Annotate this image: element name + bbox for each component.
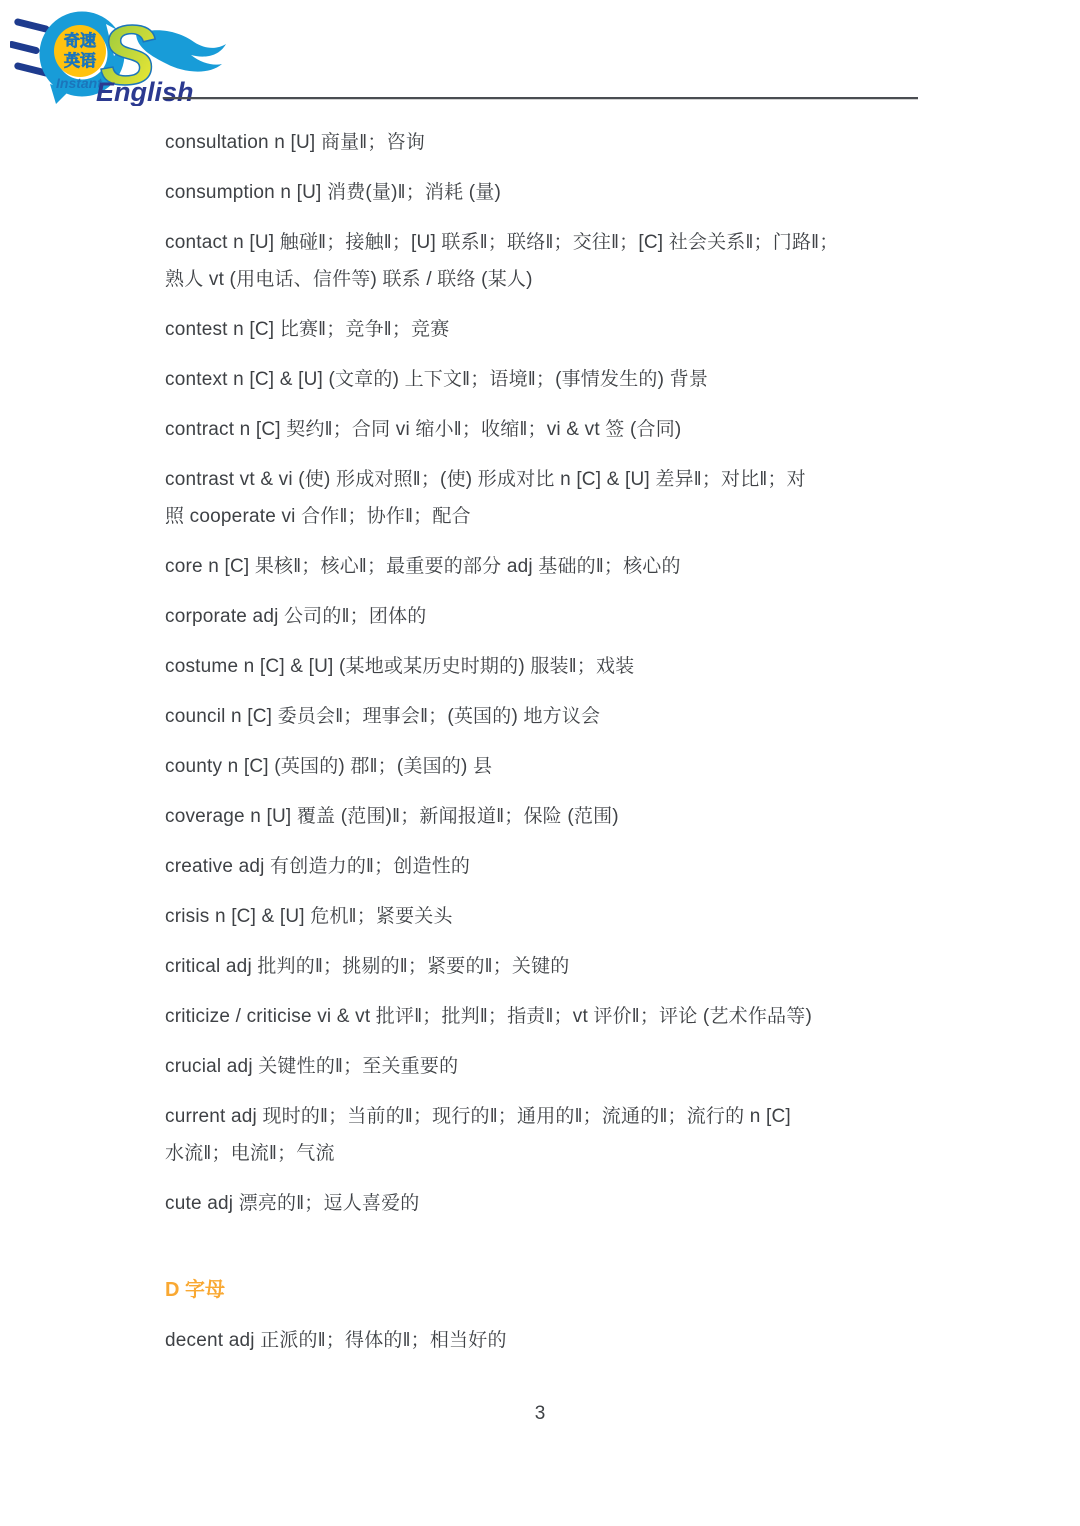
vocab-entry-current: current adj 现时的‖；当前的‖；现行的‖；通用的‖；流通的‖；流行的… bbox=[165, 1098, 921, 1172]
vocab-entry-corporate: corporate adj 公司的‖；团体的 bbox=[165, 598, 921, 635]
vocab-entry-crucial: crucial adj 关键性的‖；至关重要的 bbox=[165, 1048, 921, 1085]
entry-line: core n [C] 果核‖；核心‖；最重要的部分 adj 基础的‖；核心的 bbox=[165, 548, 921, 585]
vocab-entry-cute: cute adj 漂亮的‖；逗人喜爱的 bbox=[165, 1185, 921, 1222]
vocab-entry-council: council n [C] 委员会‖；理事会‖；(英国的) 地方议会 bbox=[165, 698, 921, 735]
logo-graphic: 奇速 英语 S Instant English bbox=[10, 4, 230, 106]
vocab-list: consultation n [U] 商量‖；咨询 consumption n … bbox=[165, 124, 921, 1372]
page-number: 3 bbox=[0, 1403, 1080, 1425]
vocab-entry-contrast: contrast vt & vi (使) 形成对照‖；(使) 形成对比 n [C… bbox=[165, 461, 921, 535]
entry-line: consultation n [U] 商量‖；咨询 bbox=[165, 124, 921, 161]
entry-line: costume n [C] & [U] (某地或某历史时期的) 服装‖；戏装 bbox=[165, 648, 921, 685]
entry-line: creative adj 有创造力的‖；创造性的 bbox=[165, 848, 921, 885]
vocab-entry-crisis: crisis n [C] & [U] 危机‖；紧要关头 bbox=[165, 898, 921, 935]
badge-text-top: 奇速 bbox=[64, 31, 96, 50]
document-page: 奇速 英语 S Instant English consultation n [… bbox=[0, 0, 1080, 1526]
entry-line: contest n [C] 比赛‖；竞争‖；竞赛 bbox=[165, 311, 921, 348]
entry-line: critical adj 批判的‖；挑剔的‖；紧要的‖；关键的 bbox=[165, 948, 921, 985]
section-heading-d: D 字母 bbox=[165, 1272, 921, 1309]
entry-line: corporate adj 公司的‖；团体的 bbox=[165, 598, 921, 635]
header-divider bbox=[163, 97, 918, 99]
entry-line: 水流‖；电流‖；气流 bbox=[165, 1135, 921, 1172]
vocab-entry-core: core n [C] 果核‖；核心‖；最重要的部分 adj 基础的‖；核心的 bbox=[165, 548, 921, 585]
entry-line: cute adj 漂亮的‖；逗人喜爱的 bbox=[165, 1185, 921, 1222]
entry-line: contrast vt & vi (使) 形成对照‖；(使) 形成对比 n [C… bbox=[165, 461, 921, 498]
entry-line: coverage n [U] 覆盖 (范围)‖；新闻报道‖；保险 (范围) bbox=[165, 798, 921, 835]
badge-text-bottom: 英语 bbox=[64, 51, 96, 70]
entry-line: council n [C] 委员会‖；理事会‖；(英国的) 地方议会 bbox=[165, 698, 921, 735]
entry-line: decent adj 正派的‖；得体的‖；相当好的 bbox=[165, 1322, 921, 1359]
vocab-entry-consultation: consultation n [U] 商量‖；咨询 bbox=[165, 124, 921, 161]
entry-line: contact n [U] 触碰‖；接触‖；[U] 联系‖；联络‖；交往‖；[C… bbox=[165, 224, 921, 261]
entry-line: 照 cooperate vi 合作‖；协作‖；配合 bbox=[165, 498, 921, 535]
entry-line: contract n [C] 契约‖；合同 vi 缩小‖；收缩‖；vi & vt… bbox=[165, 411, 921, 448]
vocab-entry-contact: contact n [U] 触碰‖；接触‖；[U] 联系‖；联络‖；交往‖；[C… bbox=[165, 224, 921, 298]
entry-line: crisis n [C] & [U] 危机‖；紧要关头 bbox=[165, 898, 921, 935]
entry-line: consumption n [U] 消费(量)‖；消耗 (量) bbox=[165, 174, 921, 211]
entry-line: county n [C] (英国的) 郡‖；(美国的) 县 bbox=[165, 748, 921, 785]
vocab-entry-costume: costume n [C] & [U] (某地或某历史时期的) 服装‖；戏装 bbox=[165, 648, 921, 685]
vocab-entry-county: county n [C] (英国的) 郡‖；(美国的) 县 bbox=[165, 748, 921, 785]
entry-line: current adj 现时的‖；当前的‖；现行的‖；通用的‖；流通的‖；流行的… bbox=[165, 1098, 921, 1135]
vocab-entry-context: context n [C] & [U] (文章的) 上下文‖；语境‖；(事情发生… bbox=[165, 361, 921, 398]
vocab-entry-decent: decent adj 正派的‖；得体的‖；相当好的 bbox=[165, 1322, 921, 1359]
entry-line: 熟人 vt (用电话、信件等) 联系 / 联络 (某人) bbox=[165, 261, 921, 298]
entry-line: criticize / criticise vi & vt 批评‖；批判‖；指责… bbox=[165, 998, 921, 1035]
vocab-entry-consumption: consumption n [U] 消费(量)‖；消耗 (量) bbox=[165, 174, 921, 211]
entry-line: context n [C] & [U] (文章的) 上下文‖；语境‖；(事情发生… bbox=[165, 361, 921, 398]
entry-line: crucial adj 关键性的‖；至关重要的 bbox=[165, 1048, 921, 1085]
vocab-entry-contract: contract n [C] 契约‖；合同 vi 缩小‖；收缩‖；vi & vt… bbox=[165, 411, 921, 448]
vocab-entry-creative: creative adj 有创造力的‖；创造性的 bbox=[165, 848, 921, 885]
vocab-entry-coverage: coverage n [U] 覆盖 (范围)‖；新闻报道‖；保险 (范围) bbox=[165, 798, 921, 835]
vocab-entry-contest: contest n [C] 比赛‖；竞争‖；竞赛 bbox=[165, 311, 921, 348]
vocab-entry-criticize: criticize / criticise vi & vt 批评‖；批判‖；指责… bbox=[165, 998, 921, 1035]
instant-english-logo: 奇速 英语 S Instant English bbox=[10, 4, 230, 106]
vocab-entry-critical: critical adj 批判的‖；挑剔的‖；紧要的‖；关键的 bbox=[165, 948, 921, 985]
logo-english-text: English bbox=[96, 77, 194, 106]
